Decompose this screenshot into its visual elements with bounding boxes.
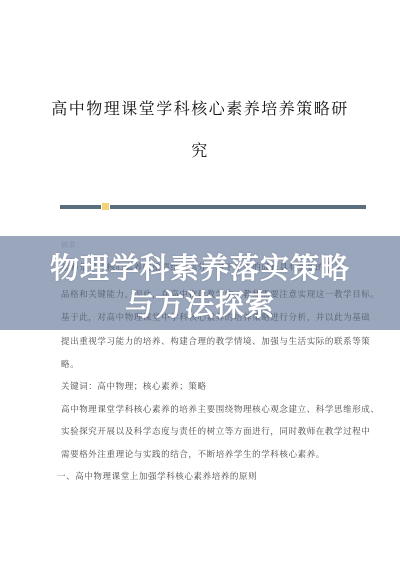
- section-heading-1: 一、高中物理课堂上加强学科核心素养培养的原则: [57, 470, 257, 482]
- body-line-3: 高中物理课堂学科核心素养的培养主要围绕物理核心观念建立、科学思维形成、: [61, 403, 380, 415]
- body-line-5: 需要格外注重理论与实践的结合，不断培养学生的学科核心素养。: [61, 448, 325, 460]
- divider-marker-icon: [101, 202, 110, 211]
- overlay-headline-line1: 物理学科素养落实策略: [0, 246, 400, 287]
- document-title-line2: 究: [0, 138, 400, 161]
- body-line-4: 实验探究开展以及科学态度与责任的树立等方面进行，同时教师在教学过程中: [61, 425, 370, 437]
- body-line-2: 略。: [61, 358, 79, 370]
- overlay-headline-line2: 与方法探索: [0, 283, 400, 324]
- keywords-line: 关键词：高中物理；核心素养；策略: [61, 380, 207, 392]
- document-page: 高中物理课堂学科核心素养培养策略研 究 摘要： 素养是学科核心素养的重要组成部分…: [0, 0, 400, 566]
- document-title-line1: 高中物理课堂学科核心素养培养策略研: [0, 96, 400, 119]
- body-line-1: 提出重视学习能力的培养、构建合理的教学情境、加强与生活实际的联系等策: [61, 335, 370, 347]
